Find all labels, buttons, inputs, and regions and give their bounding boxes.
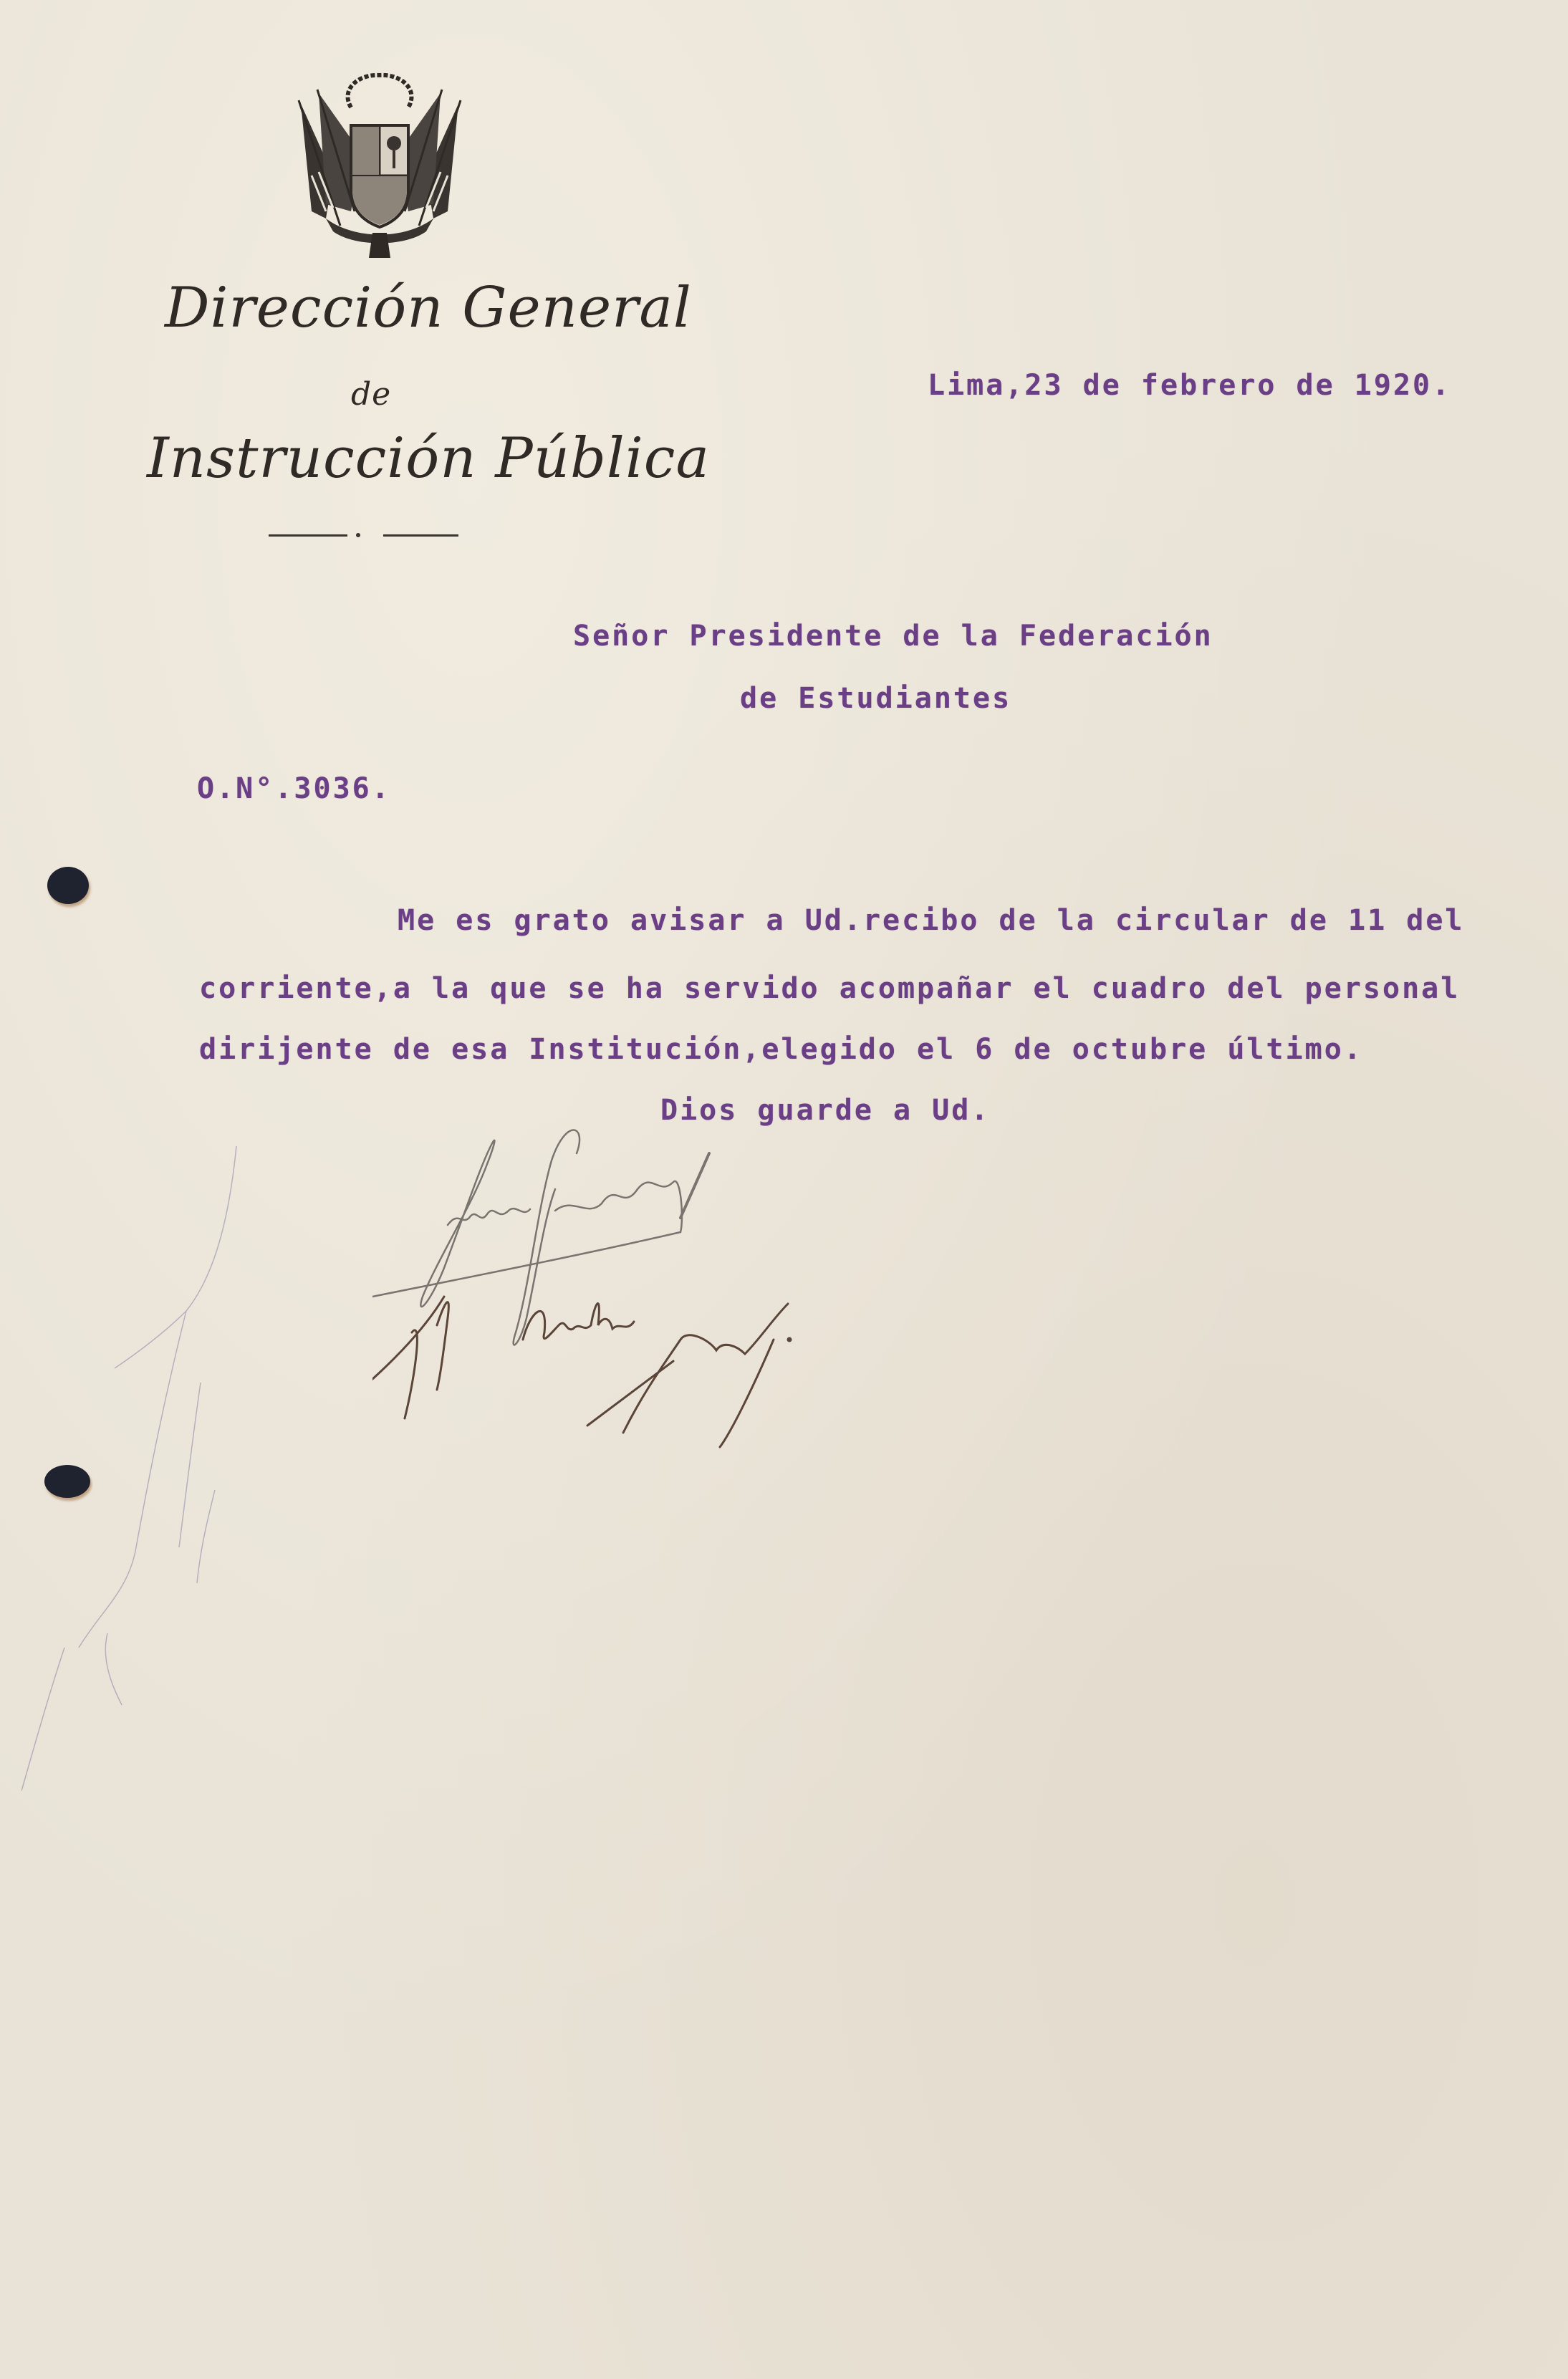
handwritten-signature bbox=[372, 1103, 1017, 1504]
date-line: Lima,23 de febrero de 1920. bbox=[928, 369, 1451, 402]
pencil-marks bbox=[21, 1146, 258, 1898]
body-line-3: dirijente de esa Institución,elegido el … bbox=[199, 1033, 1363, 1066]
addressee-line-2: de Estudiantes bbox=[740, 682, 1011, 715]
punch-hole bbox=[44, 1465, 90, 1498]
letterhead-divider-dot bbox=[356, 533, 360, 537]
body-line-2: corriente,a la que se ha servido acompañ… bbox=[199, 972, 1460, 1005]
letterhead-line-3: Instrucción Pública bbox=[147, 426, 710, 491]
letterhead-line-1: Dirección General bbox=[165, 276, 692, 340]
letterhead-divider-right bbox=[383, 534, 458, 537]
coat-of-arms-icon bbox=[283, 68, 476, 265]
punch-hole bbox=[47, 867, 89, 904]
addressee-line-1: Señor Presidente de la Federación bbox=[573, 620, 1213, 653]
letterhead-line-2: de bbox=[351, 376, 391, 413]
letterhead-divider-left bbox=[269, 534, 347, 537]
body-line-1: Me es grato avisar a Ud.recibo de la cir… bbox=[398, 904, 1465, 937]
reference-number: O.N°.3036. bbox=[197, 772, 391, 805]
